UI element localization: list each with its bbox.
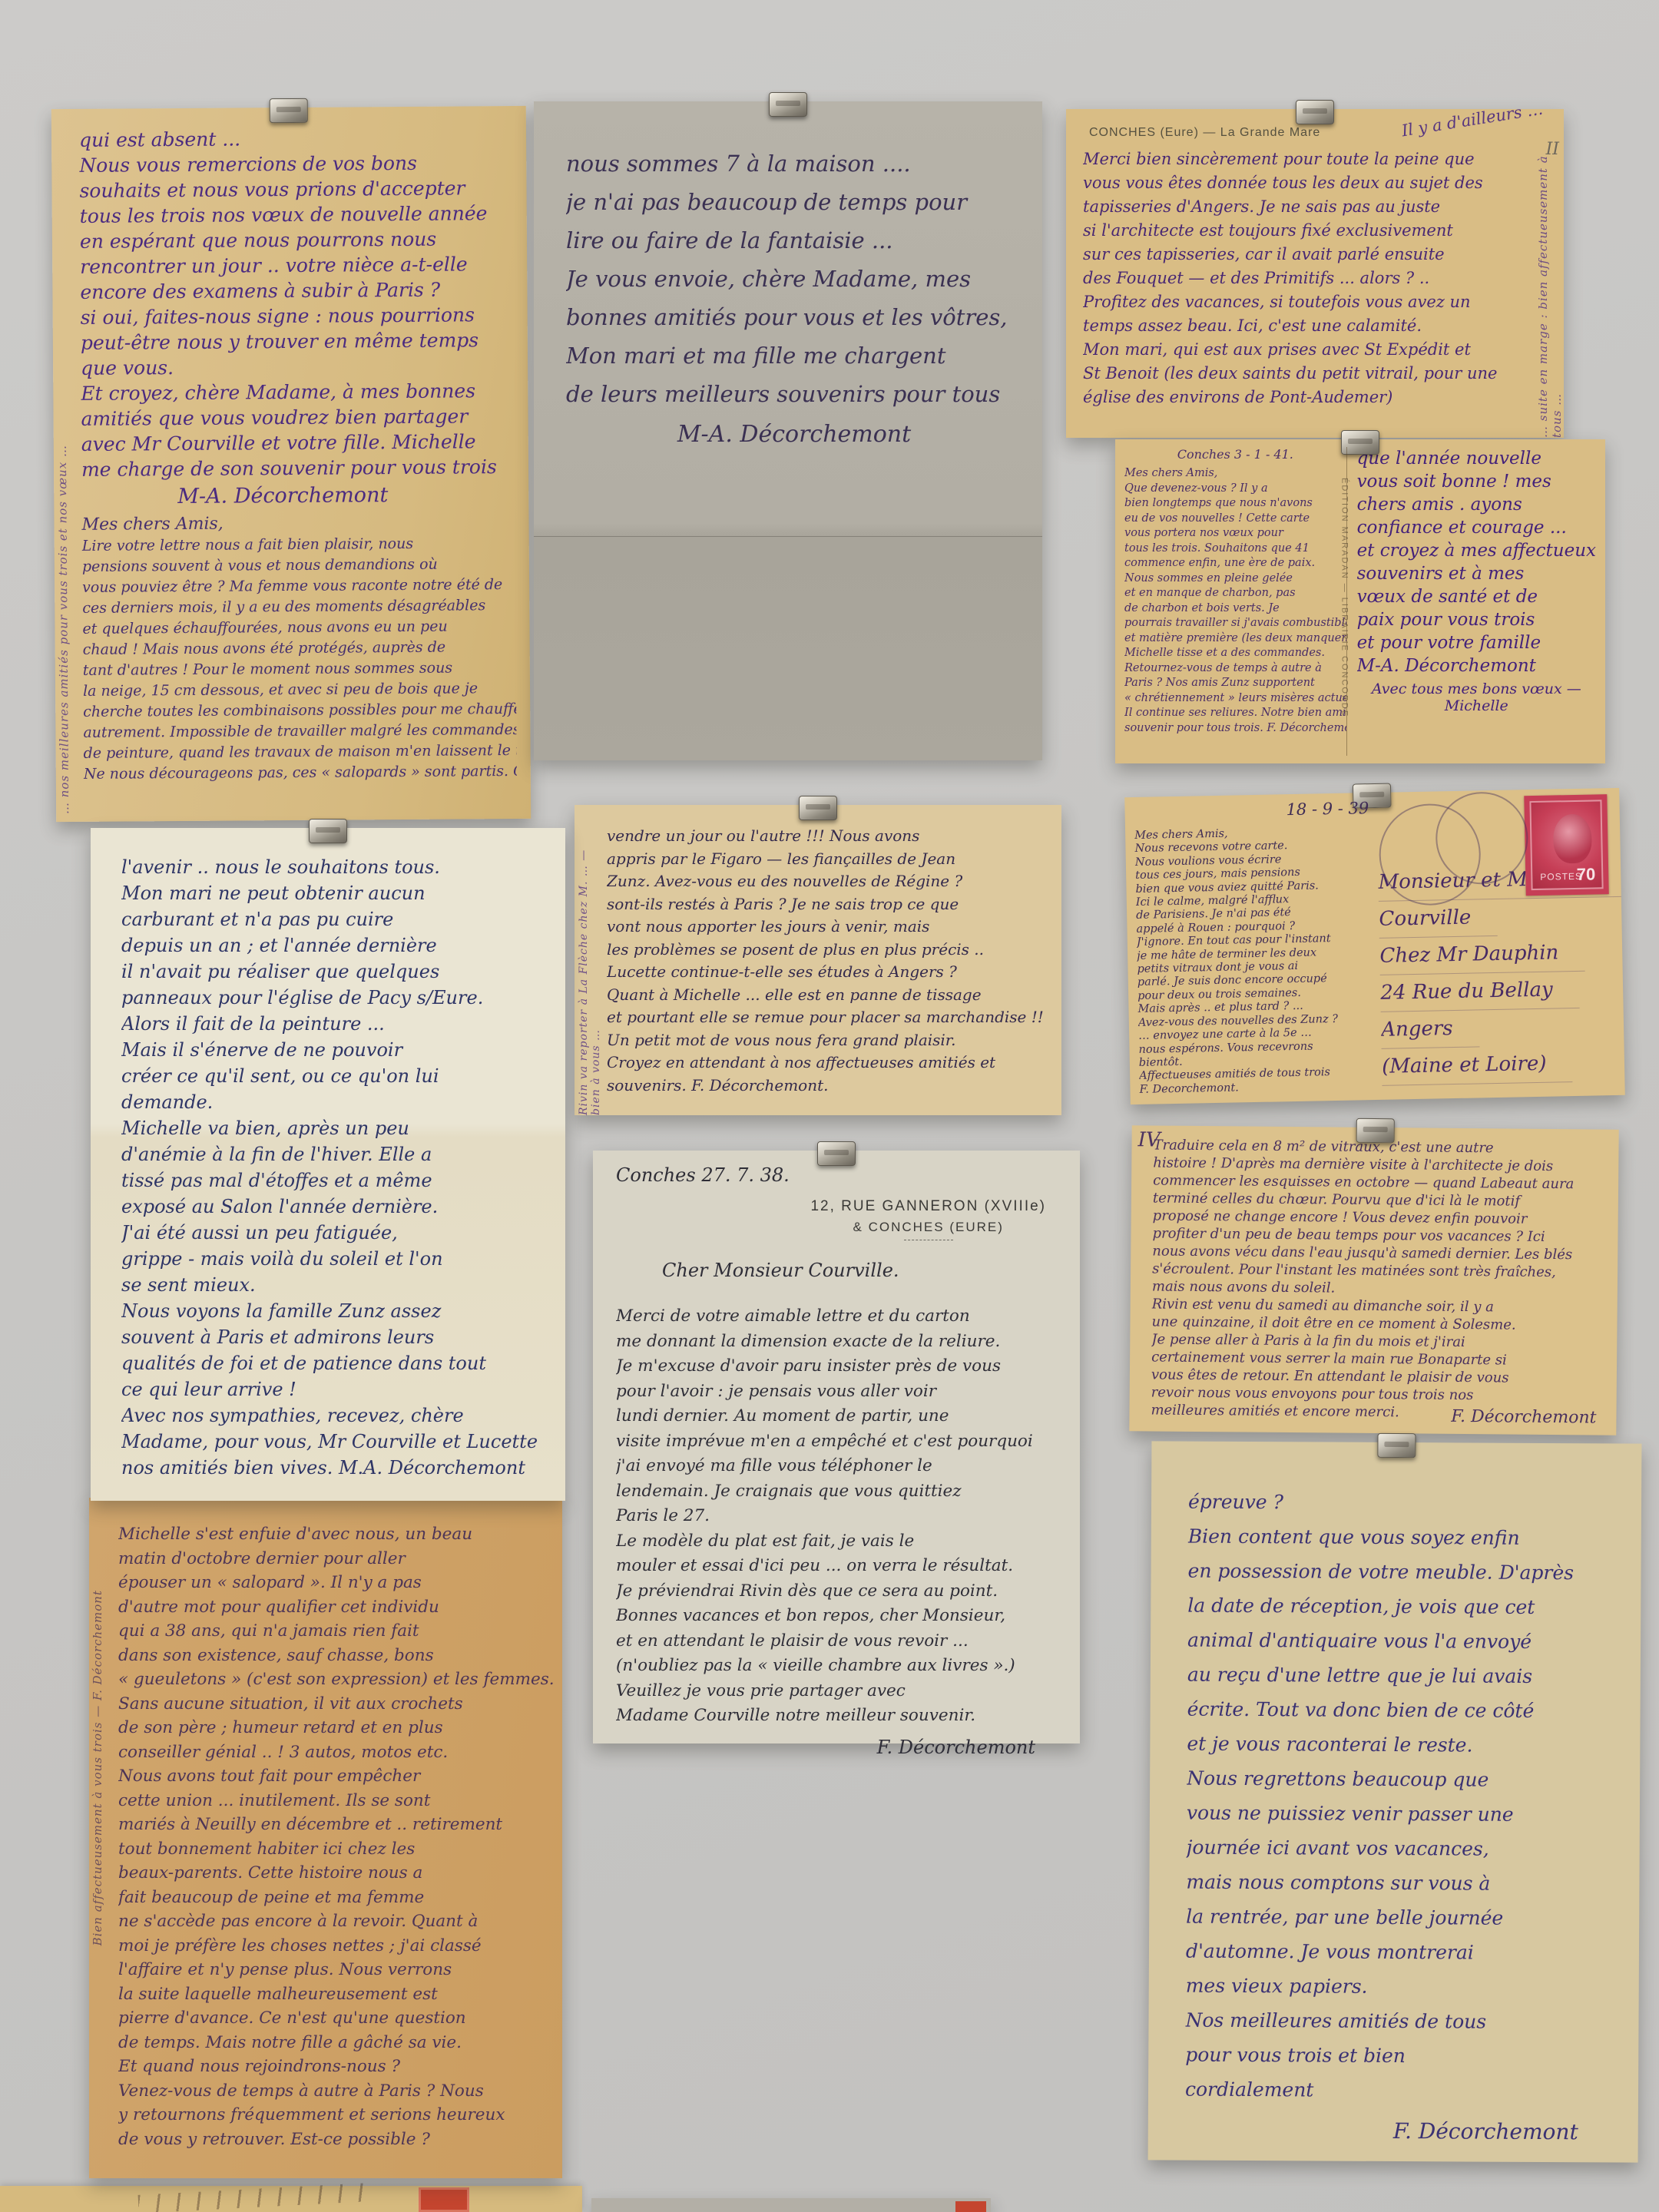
text-line: Bien content que vous soyez enfin (1188, 1519, 1628, 1556)
postcard-stamped-1939: 18 - 9 - 39 POSTES 70 Mes chers Amis,Nou… (1124, 788, 1625, 1104)
paper-clip-icon (1377, 1433, 1416, 1458)
text-line: lundi dernier. Au moment de partir, une (616, 1404, 1066, 1429)
postscript: Avec tous mes bons vœux — Michelle (1357, 680, 1596, 714)
postage-stamp-icon (955, 2201, 986, 2212)
text-line: Nos meilleures amitiés de tous (1185, 2003, 1624, 2040)
text-line: « chrétiennement » leurs misères actuell… (1124, 691, 1346, 707)
text-line: Ne nous décourageons pas, ces « salopard… (84, 761, 517, 785)
text-line: ces derniers mois, il y a eu des moments… (82, 595, 515, 619)
text-line: (Maine et Loire) (1382, 1045, 1573, 1086)
letter-body: Merci de votre aimable lettre et du cart… (616, 1304, 1066, 1729)
text-line: souvenirs. F. Décorchemont. (607, 1075, 1051, 1098)
text-line: les problèmes se posent de plus en plus … (607, 939, 1051, 962)
text-line: et en attendant le plaisir de vous revoi… (616, 1629, 1066, 1654)
signature: F. Décorchemont (1451, 1407, 1596, 1428)
letterhead-rule (904, 1240, 953, 1240)
text-line: Paris le 27. (616, 1504, 1066, 1529)
margin-note: … nos meilleures amitiés pour vous trois… (55, 445, 71, 814)
message-text: Mes chers Amis,Nous recevons votre carte… (1134, 826, 1339, 1097)
text-line: nos amitiés bien vives. M.A. Décorchemon… (121, 1455, 555, 1481)
text-line: paix pour vous trois (1357, 608, 1596, 631)
text-line: pierre d'avance. Ce n'est qu'une questio… (118, 2006, 553, 2031)
text-line: Retournez-vous de temps à autre à (1124, 661, 1346, 677)
text-line: y retournons fréquemment et serions heur… (118, 2103, 553, 2128)
gray-folded-card: nous sommes 7 à la maison ....je n'ai pa… (534, 101, 1042, 760)
text-line: souvenirs et à mes (1357, 562, 1596, 585)
text-line: Merci bien sincèrement pour toute la pei… (1083, 147, 1551, 171)
text-line: que vous. (81, 353, 514, 381)
text-line: bien longtemps que nous n'avons (1124, 496, 1346, 512)
text-line: Quant à Michelle ... elle est en panne d… (607, 984, 1051, 1007)
text-line: « gueuletons » (c'est son expression) et… (118, 1667, 553, 1692)
greeting-text: que l'année nouvellevous soit bonne ! me… (1357, 447, 1596, 677)
text-line: tissé pas mal d'étoffes et a même (121, 1167, 555, 1194)
date: Conches 3 - 1 - 41. (1124, 447, 1346, 462)
text-line: Nous regrettons beaucoup que (1187, 1761, 1626, 1798)
date: 18 - 9 - 39 (1286, 799, 1369, 819)
signature: M-A. Décorchemont (566, 421, 1022, 448)
text-line: Paris ? Nos amis Zunz supportent (1124, 676, 1346, 691)
signature: M-A. Décorchemont (81, 482, 484, 509)
text-line: tous les trois. Souhaitons que 41 (1124, 541, 1346, 557)
text-line: Courville (1379, 899, 1498, 939)
text-line: épouser un « salopard ». Il n'y a pas (118, 1571, 553, 1595)
letter-body: épreuve ?Bien content que vous soyez enf… (1185, 1485, 1628, 2109)
text-line: J'ai été aussi un peu fatiguée, (121, 1220, 555, 1246)
printed-caption: CONCHES (Eure) — La Grande Mare (1089, 126, 1551, 140)
letter-body-part1: qui est absent ...Nous vous remercions d… (79, 124, 515, 482)
text-line: 24 Rue du Bellay (1380, 972, 1579, 1012)
signature: F. Décorchemont (616, 1737, 1035, 1758)
text-line: Le modèle du plat est fait, je vais le (616, 1529, 1066, 1555)
paper-clip-icon (270, 98, 308, 123)
text-line: Mon mari ne peut obtenir aucun (121, 880, 555, 906)
text-line: chers amis . ayons (1357, 493, 1596, 516)
text-line: Nous sommes en pleine gelée (1124, 571, 1346, 587)
text-line: mariés à Neuilly en décembre et .. retir… (118, 1813, 553, 1837)
text-line: et en manque de charbon, pas (1124, 586, 1346, 601)
card-numbered-iv: IV Traduire cela en 8 m² de vitraux, c'e… (1129, 1125, 1618, 1435)
card-body: nous sommes 7 à la maison ....je n'ai pa… (566, 144, 1022, 413)
gray-paper-fragment (591, 2198, 991, 2212)
text-line: M-A. Décorchemont (1357, 654, 1596, 677)
text-line: Mon mari, qui est aux prises avec St Exp… (1083, 338, 1551, 362)
text-line: me charge de son souvenir pour vous troi… (81, 454, 515, 482)
text-line: visite imprévue m'en a empêché et c'est … (616, 1429, 1066, 1455)
text-line: eu de vos nouvelles ! Cette carte (1124, 512, 1346, 527)
text-line: panneaux pour l'église de Pacy s/Eure. (121, 985, 555, 1011)
text-line: Avec nos sympathies, recevez, chère (121, 1402, 555, 1429)
text-line: l'affaire et n'y pense plus. Nous verron… (118, 1958, 553, 1982)
text-line: Que devenez-vous ? Il y a (1124, 482, 1346, 497)
text-line: Angers (1381, 1010, 1479, 1048)
text-line: je n'ai pas beaucoup de temps pour (566, 183, 1022, 221)
date: Conches 27. 7. 38. (616, 1164, 1066, 1186)
postcard-body: Merci bien sincèrement pour toute la pei… (1083, 147, 1551, 409)
text-line: en possession de votre meuble. D'après (1187, 1554, 1627, 1591)
text-line: Lucette continue-t-elle ses études à Ang… (607, 961, 1051, 984)
text-line: ne s'accède pas encore à la revoir. Quan… (118, 1909, 553, 1934)
text-line: Michelle va bien, après un peu (121, 1115, 555, 1141)
stamp-frame: POSTES 70 (1529, 800, 1603, 890)
text-line: Bonnes vacances et bon repos, cher Monsi… (616, 1604, 1066, 1629)
letter-cream-middle-left: l'avenir .. nous le souhaitons tous.Mon … (91, 828, 565, 1501)
text-line: souvenir pour tous trois. F. Décorchemon… (1124, 721, 1346, 737)
text-line: journée ici avant vos vacances, (1187, 1830, 1626, 1867)
text-line: d'automne. Je vous montrerai (1186, 1934, 1625, 1971)
letter-ganneron: Conches 27. 7. 38. 12, RUE GANNERON (XVI… (593, 1151, 1080, 1743)
text-line: vont nous apporter les jours à venir, ma… (607, 916, 1051, 939)
text-line: Zunz. Avez-vous eu des nouvelles de Régi… (607, 870, 1051, 893)
text-line: Lire votre lettre nous a fait bien plais… (82, 533, 515, 557)
text-line: pour vous trois et bien (1185, 2038, 1624, 2075)
text-line: et je vous raconterai le reste. (1187, 1727, 1626, 1763)
text-line: la date de réception, je vois que cet (1187, 1588, 1627, 1625)
text-line: peut-être nous y trouver en même temps (81, 327, 514, 356)
text-line: chaud ! Mais nous avons été protégés, au… (83, 637, 516, 661)
text-line: Mon mari et ma fille me chargent (566, 336, 1022, 375)
text-line: mais nous comptons sur vous à (1186, 1865, 1625, 1902)
signature: F. Décorchemont (1185, 2118, 1578, 2145)
text-line: si l'architecte est toujours fixé exclus… (1083, 219, 1551, 243)
text-line: qualités de foi et de patience dans tout (121, 1350, 555, 1376)
text-line: dans son existence, sauf chasse, bons (118, 1644, 553, 1668)
text-line: de temps. Mais notre fille a gâché sa vi… (118, 2031, 553, 2055)
letter-body-part2: Lire votre lettre nous a fait bien plais… (82, 533, 517, 785)
text-line: Et quand nous rejoindrons-nous ? (118, 2055, 553, 2079)
text-line: exposé au Salon l'année dernière. (121, 1194, 555, 1220)
text-line: (n'oubliez pas la « vieille chambre aux … (616, 1654, 1066, 1679)
paper-clip-icon (1356, 1118, 1395, 1143)
postcard-columns: Conches 3 - 1 - 41. Mes chers Amis,Que d… (1124, 447, 1596, 756)
text-line: me donnant la dimension exacte de la rel… (616, 1330, 1066, 1355)
text-line: Chez Mr Dauphin (1379, 935, 1585, 975)
postcard-la-grande-mare: Il y a d'ailleurs … CONCHES (Eure) — La … (1066, 109, 1564, 438)
salutation: Mes chers Amis, (81, 512, 515, 535)
card-vendre: vendre un jour ou l'autre !!! Nous avons… (575, 805, 1061, 1115)
text-line: Croyez en attendant à nos affectueuses a… (607, 1051, 1051, 1075)
text-line: souvent à Paris et admirons leurs (121, 1324, 555, 1350)
text-line: demande. (121, 1089, 555, 1115)
text-line: il n'avait pu réaliser que quelques (121, 959, 555, 985)
text-line: qui est absent ... (79, 124, 512, 153)
letter-top-left: qui est absent ...Nous vous remercions d… (51, 106, 531, 822)
text-line: la suite laquelle malheureusement est (118, 1982, 553, 2007)
margin-note: … suite en marge : bien affectueusement … (1536, 137, 1564, 438)
text-line: pour l'avoir : je pensais vous aller voi… (616, 1379, 1066, 1405)
text-line: amitiés que vous voudrez bien partager (81, 403, 514, 432)
letter-body: l'avenir .. nous le souhaitons tous.Mon … (121, 854, 555, 1481)
text-line: si oui, faites-nous signe : nous pourrio… (81, 302, 514, 330)
envelope-fragment (0, 2186, 582, 2212)
card-body: Traduire cela en 8 m² de vitraux, c'est … (1151, 1136, 1609, 1422)
text-line: Michelle tisse et a des commandes. (1124, 646, 1346, 661)
text-line: de charbon et bois verts. Je (1124, 601, 1346, 617)
text-line: ce qui leur arrive ! (121, 1376, 555, 1402)
message-text: Mes chers Amis,Que devenez-vous ? Il y a… (1124, 466, 1346, 736)
text-line: la neige, 15 cm dessous, et avec si peu … (83, 678, 516, 702)
text-line: Nous avons tout fait pour empêcher (118, 1764, 553, 1789)
letter-bottom-right: épreuve ?Bien content que vous soyez enf… (1148, 1441, 1642, 2162)
letter-body: Michelle s'est enfuie d'avec nous, un be… (118, 1522, 553, 2151)
stamp-denomination: 70 (1577, 864, 1596, 884)
text-line: de leurs meilleurs souvenirs pour tous (566, 375, 1022, 413)
text-line: vendre un jour ou l'autre !!! Nous avons (607, 825, 1051, 848)
text-line: beaux-parents. Cette histoire nous a (118, 1861, 553, 1886)
margin-note: Bien affectueusement à vous trois — F. D… (91, 1590, 104, 1945)
text-line: église des environs de Pont-Audemer) (1083, 386, 1551, 409)
text-line: pensions souvent à vous et nous demandio… (82, 554, 515, 578)
text-line: cette union ... inutilement. Ils se sont (118, 1789, 553, 1813)
text-line: la rentrée, par une belle journée (1186, 1899, 1625, 1936)
text-line: d'autre mot pour qualifier cet individu (118, 1595, 553, 1620)
text-line: Nous vous remercions de vos bons (79, 150, 512, 178)
text-line: moi je préfère les choses nettes ; j'ai … (118, 1934, 553, 1959)
pencil-numbering: II (1546, 140, 1559, 159)
text-line: et pourtant elle se remue pour placer sa… (607, 1006, 1051, 1029)
text-line: sur ces tapisseries, car il avait parlé … (1083, 243, 1551, 267)
text-line: Alors il fait de la peinture ... (121, 1011, 555, 1037)
text-line: Michelle s'est enfuie d'avec nous, un be… (118, 1522, 553, 1547)
text-line: bonnes amitiés pour vous et les vôtres, (566, 298, 1022, 336)
ink-scrawl (138, 2183, 369, 2212)
text-line: grippe - mais voilà du soleil et l'on (121, 1246, 555, 1272)
text-line: l'avenir .. nous le souhaitons tous. (121, 854, 555, 880)
text-line: mouler et essai d'ici peu ... on verra l… (616, 1554, 1066, 1579)
text-line: encore des examens à subir à Paris ? (80, 276, 513, 305)
text-line: j'ai envoyé ma fille vous téléphoner le (616, 1454, 1066, 1479)
text-line: des Fouquet — et des Primitifs ... alors… (1083, 267, 1551, 290)
card-body: vendre un jour ou l'autre !!! Nous avons… (607, 825, 1051, 1097)
postcard-divider: ÉDITION MARADAN — LIBRAIRIE CONCORDE (1346, 447, 1349, 756)
text-line: en espérant que nous pourrons nous (80, 226, 513, 254)
text-line: cherche toutes les combinaisons possible… (83, 699, 516, 723)
text-line: lire ou faire de la fantaisie ... (566, 221, 1022, 260)
sheet-number: IV (1137, 1128, 1160, 1151)
text-line: pourrais travailler si j'avais combustib… (1124, 616, 1346, 631)
text-line: Mais il s'énerve de ne pouvoir (121, 1037, 555, 1063)
mercury-head-icon (1553, 814, 1592, 864)
text-line: cordialement (1185, 2072, 1624, 2109)
text-line: et croyez à mes affectueux (1357, 539, 1596, 562)
text-line: St Benoit (les deux saints du petit vitr… (1083, 362, 1551, 386)
text-line: souhaits et nous vous prions d'accepter (79, 175, 512, 204)
paper-clip-icon (1296, 100, 1334, 124)
text-line: Sans aucune situation, il vit aux croche… (118, 1692, 553, 1717)
letterhead-address-2: & CONCHES (EURE) (810, 1220, 1046, 1235)
text-line: et quelques échauffourées, nous avons eu… (82, 616, 515, 640)
text-line: épreuve ? (1188, 1485, 1628, 1522)
paper-clip-icon (817, 1141, 856, 1166)
text-line: nous sommes 7 à la maison .... (566, 144, 1022, 183)
text-line: qui a 38 ans, qui n'a jamais rien fait (118, 1619, 553, 1644)
greeting-column: que l'année nouvellevous soit bonne ! me… (1349, 447, 1596, 756)
text-line: tant d'autres ! Pour le moment nous somm… (83, 657, 516, 681)
text-line: commence enfin, une ère de paix. (1124, 556, 1346, 571)
message-column: Mes chers Amis,Nous recevons votre carte… (1134, 800, 1339, 1098)
printer-imprint: ÉDITION MARADAN — LIBRAIRIE CONCORDE (1340, 478, 1349, 717)
text-line: fait beaucoup de peine et ma femme (118, 1886, 553, 1910)
text-line: conseiller génial .. ! 3 autos, motos et… (118, 1740, 553, 1765)
text-line: de vous y retrouver. Est-ce possible ? (118, 2128, 553, 2152)
text-line: vœux de santé et de (1357, 585, 1596, 608)
text-line: matin d'octobre dernier pour aller (118, 1547, 553, 1571)
text-line: depuis un an ; et l'année dernière (121, 932, 555, 959)
text-line: lendemain. Je craignais que vous quittie… (616, 1479, 1066, 1505)
text-line: d'anémie à la fin de l'hiver. Elle a (121, 1141, 555, 1167)
text-line: Veuillez je vous prie partager avec (616, 1679, 1066, 1704)
text-line: que l'année nouvelle (1357, 447, 1596, 470)
text-line: de son père ; humeur retard et en plus (118, 1716, 553, 1740)
text-line: vous soit bonne ! mes (1357, 470, 1596, 493)
text-line: appris par le Figaro — les fiançailles d… (607, 848, 1051, 871)
postcard-conches-1941: Conches 3 - 1 - 41. Mes chers Amis,Que d… (1115, 439, 1605, 763)
text-line: au reçu d'une lettre que je lui avais (1187, 1657, 1627, 1694)
text-line: sont-ils restés à Paris ? Je ne sais tro… (607, 893, 1051, 916)
text-line: de peinture, quand les travaux de maison… (84, 740, 517, 764)
text-line: vous pouviez être ? Ma femme vous racont… (82, 575, 515, 598)
text-line: Il continue ses reliures. Notre bien ami… (1124, 706, 1346, 721)
text-line: avec Mr Courville et votre fille. Michel… (81, 429, 515, 457)
text-line: Je vous envoie, chère Madame, mes (566, 260, 1022, 298)
paper-clip-icon (769, 92, 807, 117)
text-line: Un petit mot de vous nous fera grand pla… (607, 1029, 1051, 1052)
text-line: écrite. Tout va donc bien de ce côté (1187, 1692, 1627, 1729)
postage-stamp-icon: POSTES 70 (1524, 794, 1608, 896)
margin-note: Rivin va reporter à La Flèche chez M. … … (578, 828, 602, 1115)
postage-stamp-icon (419, 2187, 469, 2212)
text-line: Je m'excuse d'avoir paru insister près d… (616, 1354, 1066, 1379)
text-line: Je préviendrai Rivin dès que ce sera au … (616, 1579, 1066, 1604)
text-line: vous portera nos vœux pour (1124, 526, 1346, 541)
letterhead-address: 12, RUE GANNERON (XVIIIe) (810, 1198, 1046, 1215)
text-line: vous ne puissiez venir passer une (1187, 1796, 1626, 1833)
text-line: tous les trois nos vœux de nouvelle anné… (80, 200, 513, 229)
letter-orange-bottom-left: Michelle s'est enfuie d'avec nous, un be… (89, 1498, 562, 2178)
text-line: et matière première (les deux manquent). (1124, 631, 1346, 647)
text-line: Madame, pour vous, Mr Courville et Lucet… (121, 1429, 555, 1455)
text-line: Profitez des vacances, si toutefois vous… (1083, 290, 1551, 314)
text-line: Merci de votre aimable lettre et du cart… (616, 1304, 1066, 1330)
message-column: Conches 3 - 1 - 41. Mes chers Amis,Que d… (1124, 447, 1346, 756)
photo-of-letters-board: { "board": { "description_title": "Corre… (0, 0, 1659, 2212)
text-line: tapisseries d'Angers. Je ne sais pas au … (1083, 195, 1551, 219)
text-line: Nous voyons la famille Zunz assez (121, 1298, 555, 1324)
text-line: se sent mieux. (121, 1272, 555, 1298)
text-line: et pour votre famille (1357, 631, 1596, 654)
text-line: temps assez beau. Ici, c'est une calamit… (1083, 314, 1551, 338)
text-line: mes vieux papiers. (1186, 1969, 1625, 2005)
printed-letterhead: 12, RUE GANNERON (XVIIIe) & CONCHES (EUR… (810, 1198, 1046, 1240)
text-line: Venez-vous de temps à autre à Paris ? No… (118, 2079, 553, 2104)
paper-clip-icon (799, 796, 837, 820)
text-line: vous vous êtes donnée tous les deux au s… (1083, 171, 1551, 195)
text-line: autrement. Impossible de travailler malg… (83, 720, 516, 743)
text-line: Mes chers Amis, (1124, 466, 1346, 482)
text-line: animal d'antiquaire vous l'a envoyé (1187, 1623, 1627, 1660)
text-line: Madame Courville notre meilleur souvenir… (616, 1704, 1066, 1729)
text-line: confiance et courage ... (1357, 516, 1596, 539)
text-line: créer ce qu'il sent, ou ce qu'on lui (121, 1063, 555, 1089)
salutation: Cher Monsieur Courville. (662, 1260, 1066, 1281)
text-line: carburant et n'a pas pu cuire (121, 906, 555, 932)
paper-clip-icon (309, 819, 347, 843)
text-line: tout bonnement habiter ici chez les (118, 1837, 553, 1862)
text-line: Et croyez, chère Madame, à mes bonnes (81, 378, 514, 406)
text-line: rencontrer un jour .. votre nièce a-t-el… (80, 251, 513, 280)
